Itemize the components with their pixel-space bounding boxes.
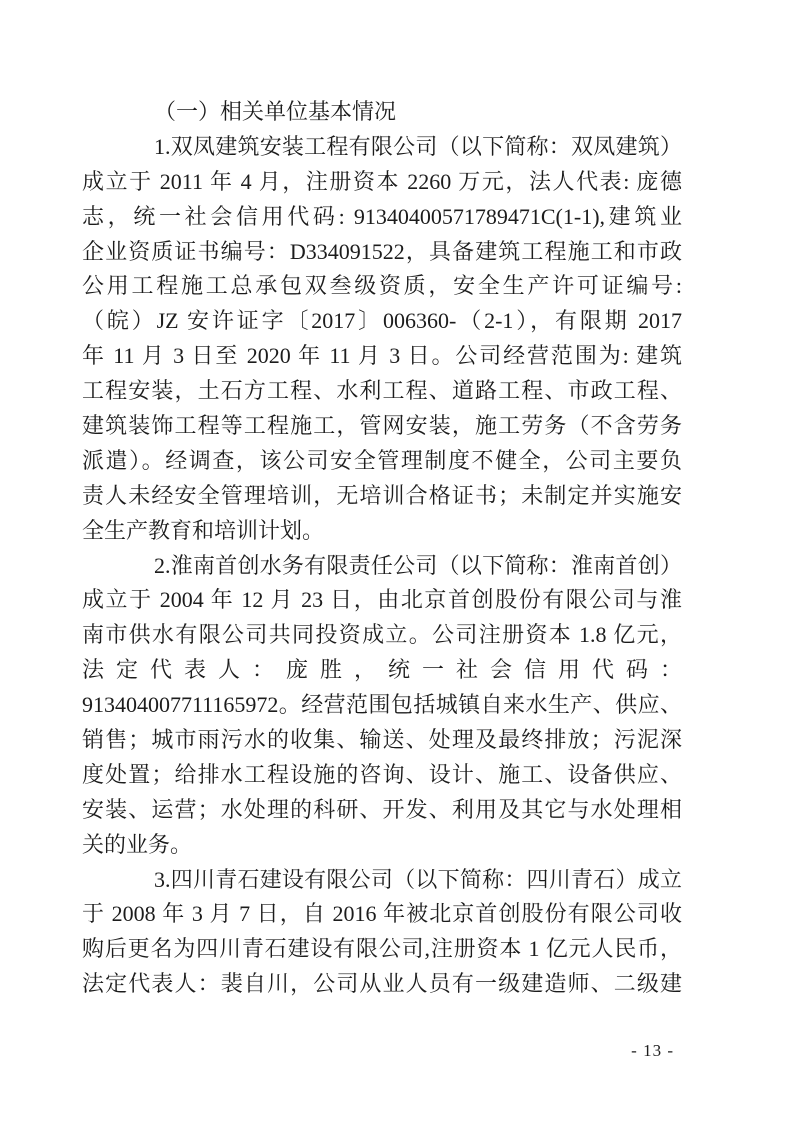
- text-line: 3.四川青石建设有限公司（以下简称：四川青石）成立: [82, 863, 682, 898]
- text-line: 度处置；给排水工程设施的咨询、设计、施工、设备供应、: [82, 758, 682, 793]
- document-body: （一）相关单位基本情况1.双凤建筑安装工程有限公司（以下简称：双凤建筑）成立于 …: [82, 95, 682, 1002]
- text-line: 全生产教育和培训计划。: [82, 514, 682, 549]
- text-line: 派遣）。经调查，该公司安全管理制度不健全，公司主要负: [82, 444, 682, 479]
- text-line: 于 2008 年 3 月 7 日，自 2016 年被北京首创股份有限公司收: [82, 897, 682, 932]
- text-line: 购后更名为四川青石建设有限公司,注册资本 1 亿元人民币，: [82, 932, 682, 967]
- text-line: （皖）JZ 安许证字〔2017〕006360-（2-1），有限期 2017: [82, 304, 682, 339]
- document-page: （一）相关单位基本情况1.双凤建筑安装工程有限公司（以下简称：双凤建筑）成立于 …: [0, 0, 793, 1122]
- text-line: 企业资质证书编号：D334091522，具备建筑工程施工和市政: [82, 235, 682, 270]
- text-line: 志，统一社会信用代码: 91340400571789471C(1-1),建筑业: [82, 200, 682, 235]
- text-line: 913404007711165972。经营范围包括城镇自来水生产、供应、: [82, 688, 682, 723]
- text-line: 公用工程施工总承包双叁级资质，安全生产许可证编号:: [82, 269, 682, 304]
- text-line: 成立于 2004 年 12 月 23 日，由北京首创股份有限公司与淮: [82, 583, 682, 618]
- text-line: 1.双凤建筑安装工程有限公司（以下简称：双凤建筑）: [82, 130, 682, 165]
- text-line: 南市供水有限公司共同投资成立。公司注册资本 1.8 亿元，: [82, 618, 682, 653]
- text-line: （一）相关单位基本情况: [82, 95, 682, 130]
- text-line: 法定代表人：庞胜，统一社会信用代码：: [82, 653, 682, 688]
- text-line: 安装、运营；水处理的科研、开发、利用及其它与水处理相: [82, 793, 682, 828]
- text-line: 成立于 2011 年 4 月，注册资本 2260 万元，法人代表: 庞德: [82, 165, 682, 200]
- page-number: - 13 -: [631, 1041, 674, 1061]
- text-line: 责人未经安全管理培训，无培训合格证书；未制定并实施安: [82, 479, 682, 514]
- text-line: 年 11 月 3 日至 2020 年 11 月 3 日。公司经营范围为: 建筑: [82, 339, 682, 374]
- text-line: 销售；城市雨污水的收集、输送、处理及最终排放；污泥深: [82, 723, 682, 758]
- text-line: 2.淮南首创水务有限责任公司（以下简称：淮南首创）: [82, 549, 682, 584]
- text-line: 建筑装饰工程等工程施工，管网安装，施工劳务（不含劳务: [82, 409, 682, 444]
- text-line: 关的业务。: [82, 828, 682, 863]
- text-line: 工程安装，土石方工程、水利工程、道路工程、市政工程、: [82, 374, 682, 409]
- text-line: 法定代表人：裴自川，公司从业人员有一级建造师、二级建: [82, 967, 682, 1002]
